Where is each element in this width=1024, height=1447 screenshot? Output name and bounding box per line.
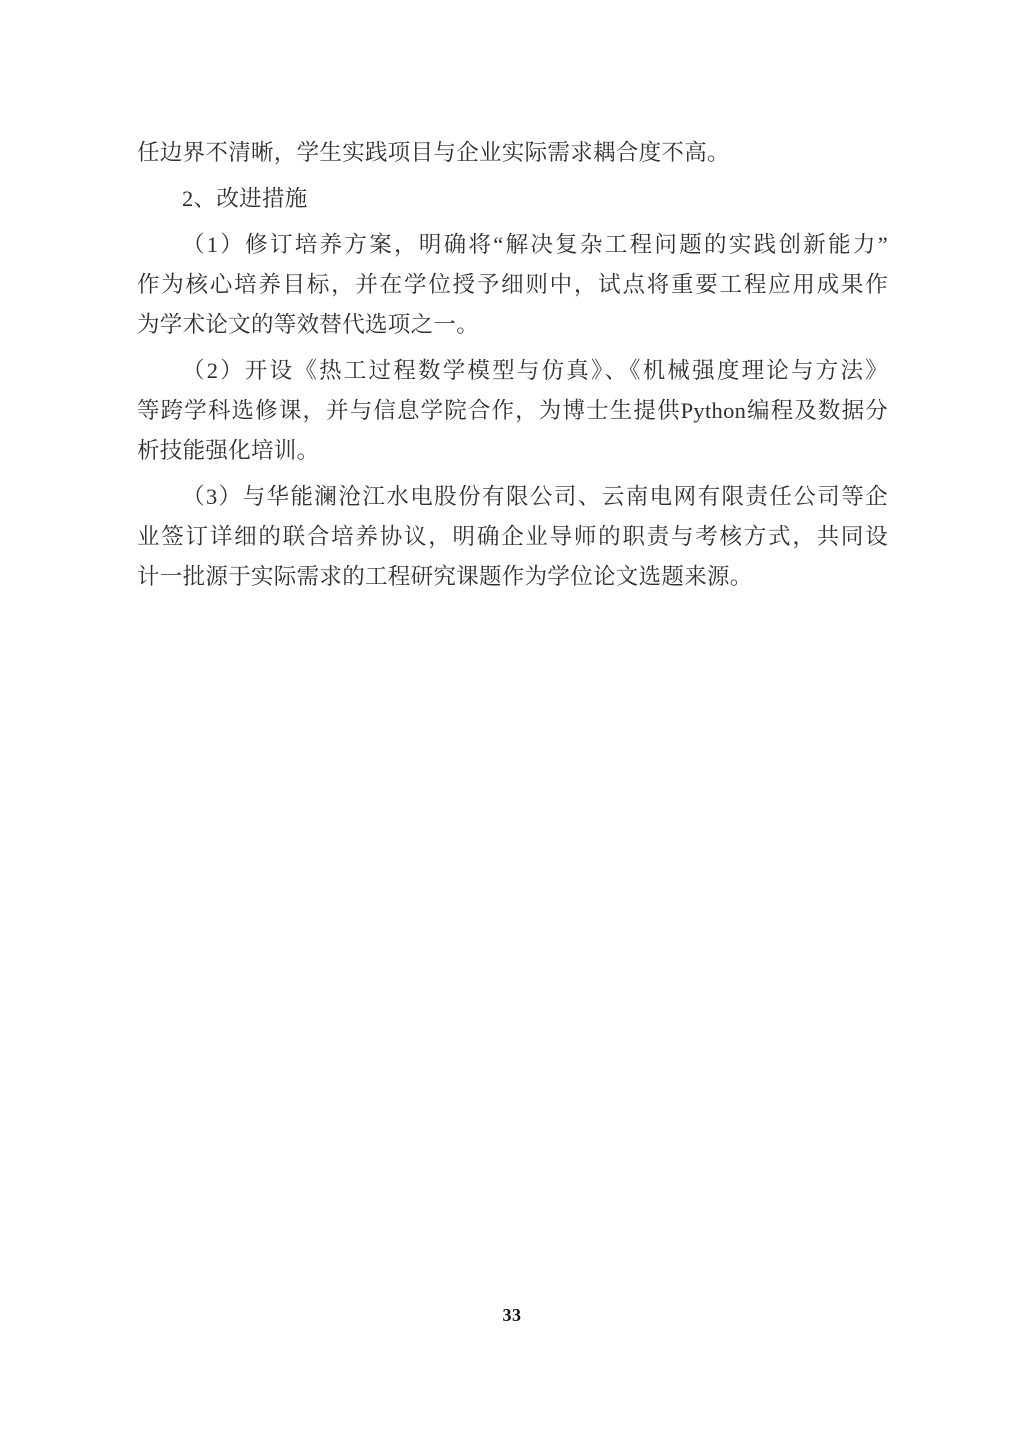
text-line: 计一批源于实际需求的工程研究课题作为学位论文选题来源。 <box>137 557 888 597</box>
text-line: 为学术论文的等效替代选项之一。 <box>137 305 888 345</box>
text-line: 等跨学科选修课，并与信息学院合作，为博士生提供Python编程及数据分 <box>137 391 888 431</box>
text-line: 2、改进措施 <box>137 179 888 219</box>
text-line: （3）与华能澜沧江水电股份有限公司、云南电网有限责任公司等企 <box>137 477 888 517</box>
page-number: 33 <box>0 1303 1024 1327</box>
paragraph-heading-improvement-measures: 2、改进措施 <box>137 179 888 219</box>
document-body: 任边界不清晰，学生实践项目与企业实际需求耦合度不高。2、改进措施（1）修订培养方… <box>137 133 888 603</box>
document-page: 任边界不清晰，学生实践项目与企业实际需求耦合度不高。2、改进措施（1）修订培养方… <box>0 0 1024 1447</box>
text-line: 作为核心培养目标，并在学位授予细则中，试点将重要工程应用成果作 <box>137 265 888 305</box>
paragraph-measure-2: （2）开设《热工过程数学模型与仿真》、《机械强度理论与方法》等跨学科选修课，并与… <box>137 351 888 471</box>
paragraph-carryover-paragraph: 任边界不清晰，学生实践项目与企业实际需求耦合度不高。 <box>137 133 888 173</box>
text-line: （1）修订培养方案，明确将“解决复杂工程问题的实践创新能力” <box>137 225 888 265</box>
paragraph-measure-3: （3）与华能澜沧江水电股份有限公司、云南电网有限责任公司等企业签订详细的联合培养… <box>137 477 888 597</box>
text-line: 任边界不清晰，学生实践项目与企业实际需求耦合度不高。 <box>137 133 888 173</box>
text-line: 业签订详细的联合培养协议，明确企业导师的职责与考核方式，共同设 <box>137 517 888 557</box>
text-line: 析技能强化培训。 <box>137 431 888 471</box>
paragraph-measure-1: （1）修订培养方案，明确将“解决复杂工程问题的实践创新能力”作为核心培养目标，并… <box>137 225 888 345</box>
text-line: （2）开设《热工过程数学模型与仿真》、《机械强度理论与方法》 <box>137 351 888 391</box>
